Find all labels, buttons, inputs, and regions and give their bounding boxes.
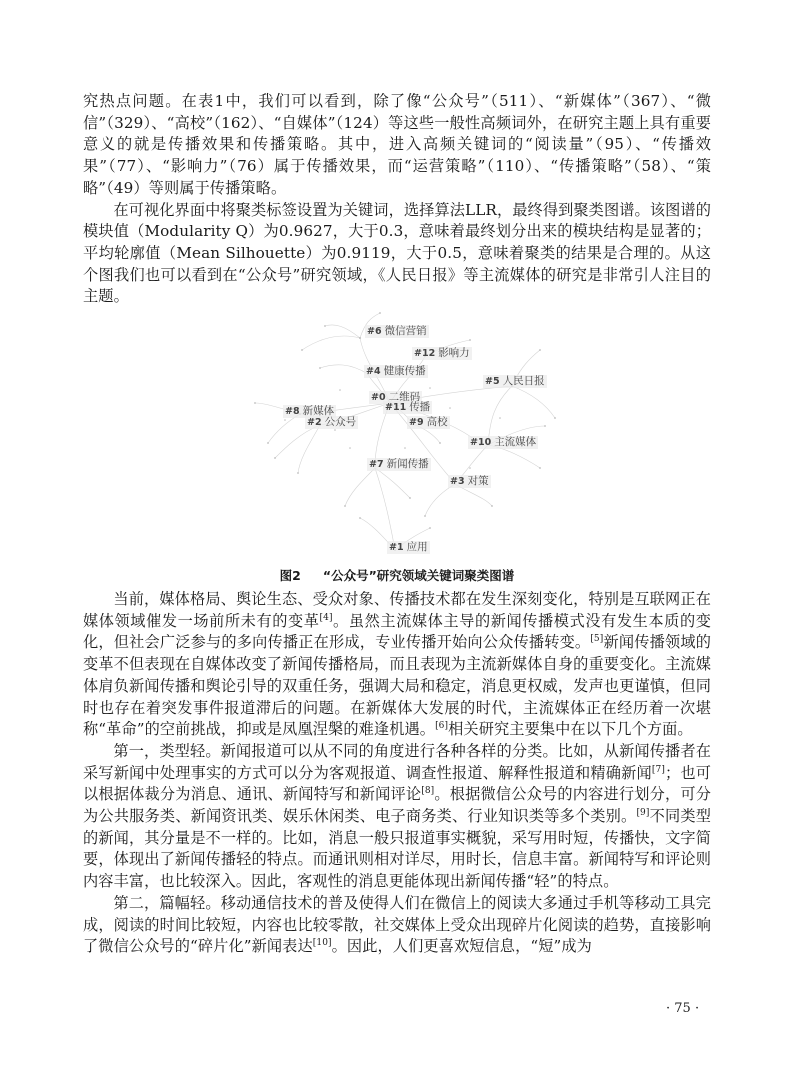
cluster-label-12: #12影响力 (412, 347, 472, 360)
citation-reference: [5] (590, 634, 603, 644)
citation-reference: [4] (320, 613, 333, 623)
citation-reference: [8] (421, 786, 434, 796)
cluster-label-4: #4健康传播 (364, 365, 428, 378)
paragraph-2: 在可视化界面中将聚类标签设置为关键词，选择算法LLR，最终得到聚类图谱。该图谱的… (83, 200, 711, 309)
paper-page: 究热点问题。在表1中，我们可以看到，除了像“公众号”（511）、“新媒体”（36… (0, 0, 793, 1077)
paragraph-5: 第二，篇幅轻。移动通信技术的普及使得人们在微信上的阅读大多通过手机等移动工具完成… (83, 893, 711, 958)
cluster-label-11: #11传播 (383, 401, 432, 414)
cluster-label-3: #3对策 (448, 475, 491, 488)
page-number: · 75 · (666, 1001, 699, 1016)
citation-reference: [7] (652, 765, 665, 775)
paragraph-3: 当前，媒体格局、舆论生态、受众对象、传播技术都在发生深刻变化，特别是互联网正在媒… (83, 589, 711, 741)
cluster-label-7: #7新闻传播 (367, 458, 431, 471)
keyword-cluster-map-figure: #6微信营销 #12影响力 #4健康传播 #5人民日报 #0二维码 #11传播 … (240, 308, 570, 563)
figure-caption: 图2“公众号”研究领域关键词聚类图谱 (83, 566, 711, 586)
cluster-label-5: #5人民日报 (483, 375, 547, 388)
cluster-label-9: #9高校 (407, 416, 450, 429)
cluster-label-2: #2公众号 (305, 416, 358, 429)
body-text-bottom: 当前，媒体格局、舆论生态、受众对象、传播技术都在发生深刻变化，特别是互联网正在媒… (83, 589, 711, 958)
body-text-top: 究热点问题。在表1中，我们可以看到，除了像“公众号”（511）、“新媒体”（36… (83, 91, 711, 308)
paragraph-4: 第一，类型轻。新闻报道可以从不同的角度进行各种各样的分类。比如，从新闻传播者在采… (83, 741, 711, 893)
cluster-label-10: #10主流媒体 (468, 436, 538, 449)
paragraph-1: 究热点问题。在表1中，我们可以看到，除了像“公众号”（511）、“新媒体”（36… (83, 91, 711, 200)
figure-number: 图2 (280, 568, 301, 583)
citation-reference: [9] (636, 808, 649, 818)
cluster-label-1: #1应用 (387, 541, 430, 554)
figure-title: “公众号”研究领域关键词聚类图谱 (323, 568, 514, 583)
cluster-label-6: #6微信营销 (365, 325, 429, 338)
citation-reference: [6] (435, 721, 448, 731)
citation-reference: [10] (313, 938, 332, 948)
